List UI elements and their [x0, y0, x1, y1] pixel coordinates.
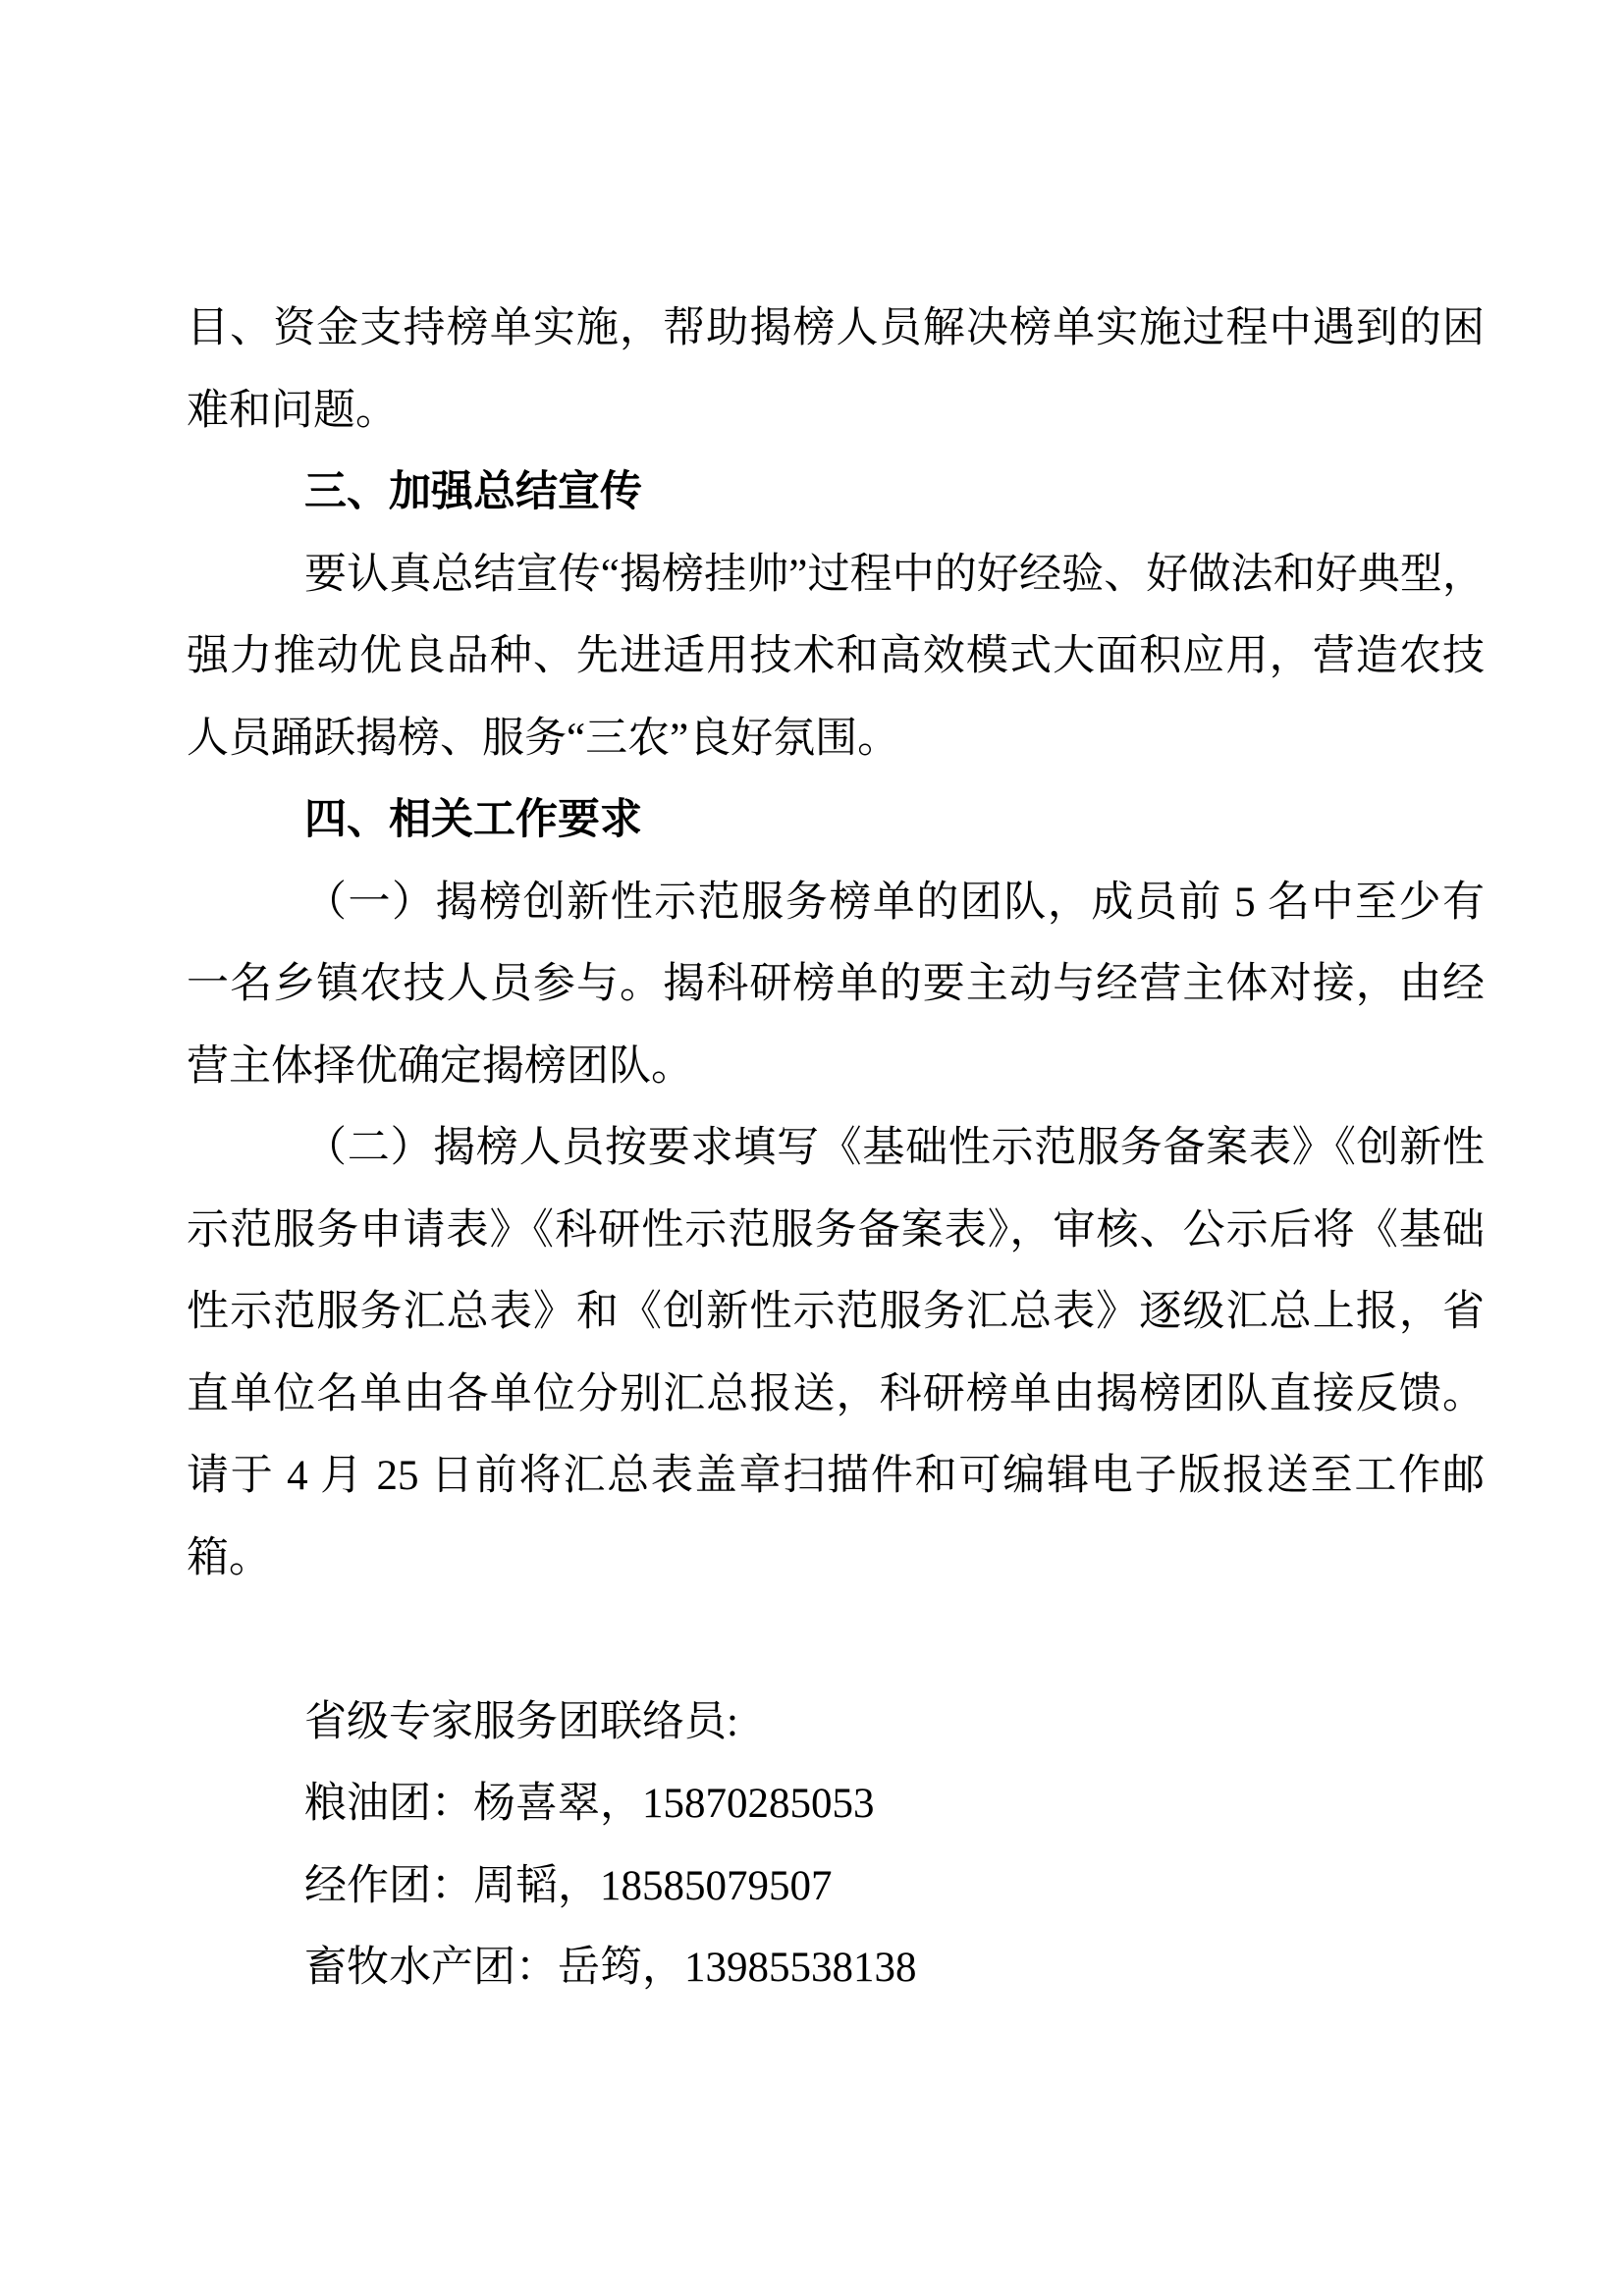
- contact-line-livestock-fishery-team: 畜牧水产团：岳筠，13985538138: [187, 1927, 1485, 2009]
- contacts-intro: 省级专家服务团联络员:: [187, 1682, 1485, 1764]
- contact-line-cash-crop-team: 经作团：周韬，18585079507: [187, 1845, 1485, 1928]
- document-body: 目、资金支持榜单实施，帮助揭榜人员解决榜单实施过程中遇到的困难和问题。 三、加强…: [187, 288, 1485, 2009]
- section-4-heading: 四、相关工作要求: [187, 779, 1485, 862]
- document-page: 目、资金支持榜单实施，帮助揭榜人员解决榜单实施过程中遇到的困难和问题。 三、加强…: [0, 0, 1624, 2296]
- section-3-heading: 三、加强总结宣传: [187, 452, 1485, 534]
- blank-line: [187, 1599, 1485, 1682]
- section-4-item-1: （一）揭榜创新性示范服务榜单的团队，成员前 5 名中至少有一名乡镇农技人员参与。…: [187, 862, 1485, 1108]
- section-3-paragraph: 要认真总结宣传“揭榜挂帅”过程中的好经验、好做法和好典型，强力推动优良品种、先进…: [187, 534, 1485, 780]
- contact-line-grain-oil-team: 粮油团：杨喜翠，15870285053: [187, 1763, 1485, 1845]
- paragraph-continued: 目、资金支持榜单实施，帮助揭榜人员解决榜单实施过程中遇到的困难和问题。: [187, 288, 1485, 452]
- section-4-item-2: （二）揭榜人员按要求填写《基础性示范服务备案表》《创新性示范服务申请表》《科研性…: [187, 1107, 1485, 1599]
